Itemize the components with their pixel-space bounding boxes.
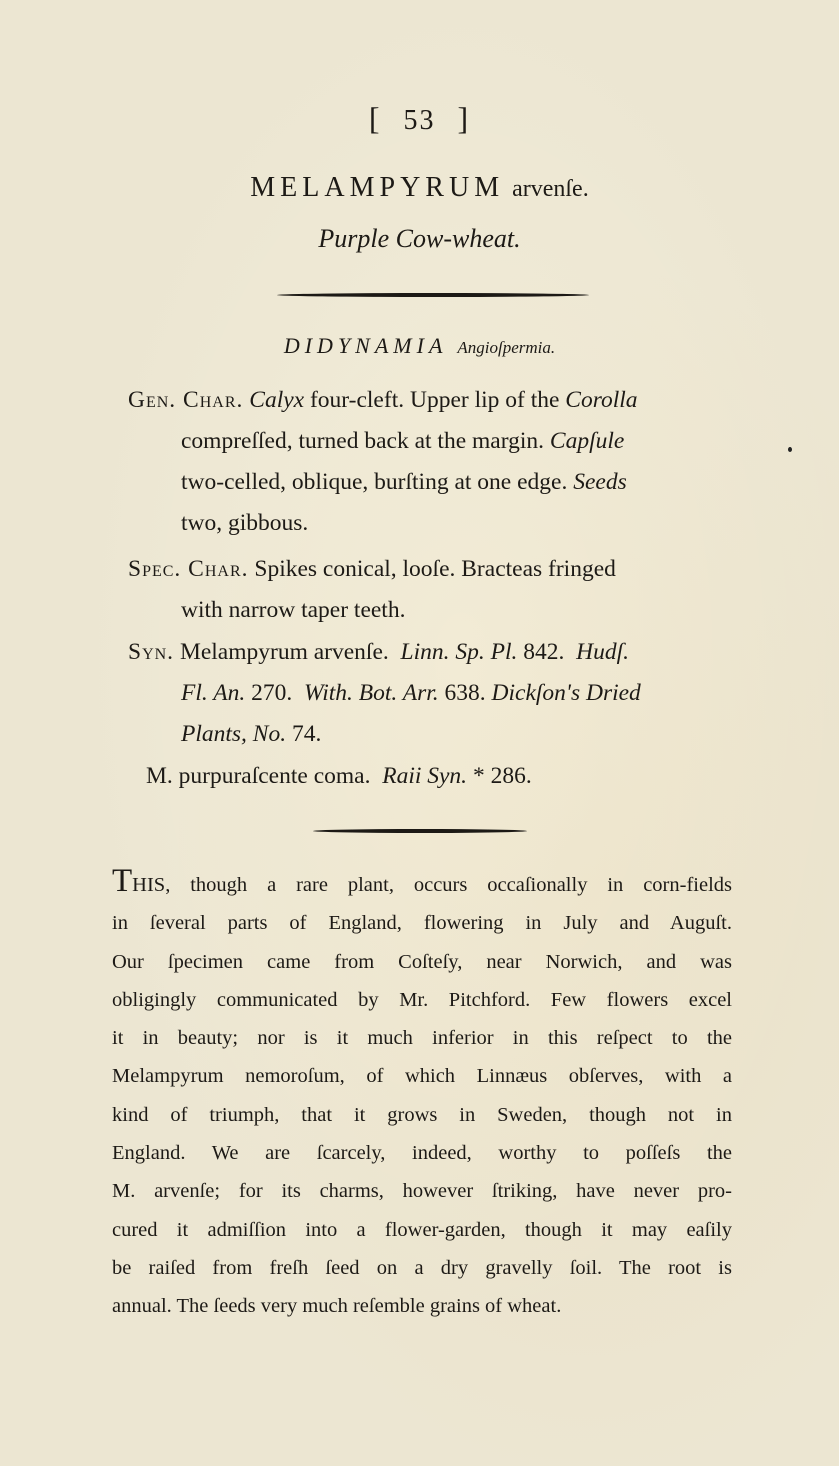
- page-number-value: 53: [404, 105, 436, 136]
- gen-char-line: two, gibbous.: [128, 503, 748, 544]
- term-calyx: Calyx: [249, 387, 304, 413]
- ink-speck: [788, 447, 792, 452]
- syn-ref: With. Bot. Arr.: [304, 680, 439, 706]
- specific-character: Spec. Char. Spikes conical, looſe. Bract…: [128, 549, 748, 631]
- syn-num: 74.: [292, 721, 321, 747]
- paragraph-line: kind of triumph, that it grows in Sweden…: [112, 1096, 732, 1134]
- page-title: MELAMPYRUMarvenſe.: [0, 171, 839, 204]
- gen-char-text: two-celled, oblique, burſting at one edg…: [181, 469, 573, 495]
- paragraph-line: obligingly communicated by Mr. Pitchford…: [112, 981, 732, 1019]
- term-seeds: Seeds: [573, 469, 627, 495]
- drop-cap: T: [112, 863, 132, 899]
- syn-line: Plants, No. 74.: [128, 714, 748, 755]
- paragraph-line: cured it admiſſion into a flower-garden,…: [112, 1211, 732, 1249]
- gen-char-text: compreſſed, turned back at the margin.: [181, 428, 550, 454]
- generic-character: Gen. Char. Calyx four-cleft. Upper lip o…: [128, 380, 748, 544]
- gen-char-line: two-celled, oblique, burſting at one edg…: [128, 462, 748, 503]
- syn-num: 842.: [523, 639, 564, 665]
- page-number: [53]: [0, 100, 839, 137]
- syn-ref: Hudſ.: [576, 639, 629, 665]
- syn-label: Syn.: [128, 639, 174, 665]
- spec-char-label: Spec. Char.: [128, 556, 249, 582]
- term-corolla: Corolla: [565, 387, 637, 413]
- paragraph-line: in ſeveral parts of England, flowering i…: [112, 904, 732, 942]
- species-name: arvenſe.: [512, 176, 589, 202]
- divider-rule: [313, 829, 527, 833]
- synonym-ray: M. purpuraſcente coma. Raii Syn. * 286.: [146, 756, 766, 797]
- gen-char-label: Gen. Char.: [128, 387, 243, 413]
- paragraph-line: M. arvenſe; for its charms, however ſtri…: [112, 1172, 732, 1210]
- linnaean-class: DIDYNAMIA: [284, 333, 448, 358]
- right-bracket: ]: [458, 100, 471, 136]
- line-text: HIS, though a rare plant, occurs occaſio…: [132, 874, 732, 896]
- syn-num: 270.: [251, 680, 292, 706]
- classification-line: DIDYNAMIAAngioſpermia.: [0, 333, 839, 359]
- spec-char-text: Spikes conical, looſe. Bracteas fringed: [254, 556, 616, 582]
- paragraph-line: Our ſpecimen came from Coſteſy, near Nor…: [112, 943, 732, 981]
- paragraph-line: annual. The ſeeds very much reſemble gra…: [112, 1287, 732, 1325]
- paragraph-line: it in beauty; nor is it much inferior in…: [112, 1019, 732, 1057]
- syn-name: Melampyrum arvenſe.: [180, 639, 389, 665]
- linnaean-order: Angioſpermia.: [457, 338, 555, 357]
- syn-line: Fl. An. 270. With. Bot. Arr. 638. Dickſo…: [128, 673, 748, 714]
- book-page: [53] MELAMPYRUMarvenſe. Purple Cow-wheat…: [0, 0, 839, 1466]
- paragraph-line: THIS, though a rare plant, occurs occaſi…: [112, 862, 732, 904]
- synonyms: Syn. Melampyrum arvenſe. Linn. Sp. Pl. 8…: [128, 632, 748, 755]
- paragraph-line: Melampyrum nemoroſum, of which Linnæus o…: [112, 1057, 732, 1095]
- description-paragraph: THIS, though a rare plant, occurs occaſi…: [112, 862, 732, 1326]
- syn-ref: Raii Syn.: [382, 763, 467, 789]
- syn-num: * 286.: [473, 763, 532, 789]
- left-bracket: [: [369, 100, 382, 136]
- syn-ref: Linn. Sp. Pl.: [401, 639, 518, 665]
- genus-name: MELAMPYRUM: [250, 172, 504, 203]
- syn-ref: Dickſon's Dried: [492, 680, 641, 706]
- paragraph-line: England. We are ſcarcely, indeed, worthy…: [112, 1134, 732, 1172]
- syn-ref: Fl. An.: [181, 680, 245, 706]
- syn-name: M. purpuraſcente coma.: [146, 763, 370, 789]
- syn-ref: Plants, No.: [181, 721, 286, 747]
- gen-char-text: four-cleft. Upper lip of the: [304, 387, 565, 413]
- divider-rule: [277, 293, 589, 297]
- gen-char-line: compreſſed, turned back at the margin. C…: [128, 421, 748, 462]
- spec-char-line: with narrow taper teeth.: [128, 590, 748, 631]
- term-capsule: Capſule: [550, 428, 624, 454]
- paragraph-line: be raiſed from freſh ſeed on a dry grave…: [112, 1249, 732, 1287]
- common-name: Purple Cow-wheat.: [0, 224, 839, 254]
- syn-num: 638.: [445, 680, 486, 706]
